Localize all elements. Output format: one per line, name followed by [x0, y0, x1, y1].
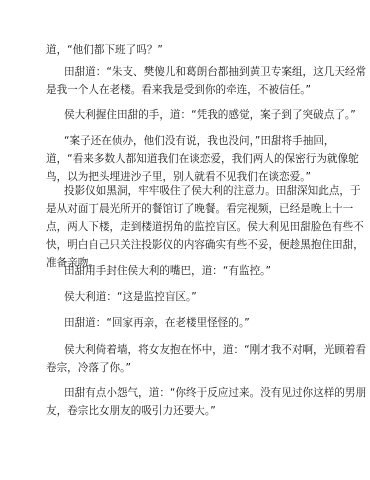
- text-line: 田甜有点小怨气，道：“你终于反应过来。没有见过你这样的男朋: [64, 386, 324, 400]
- document-page: 道，“他们都下班了吗？” 田甜道：“朱支、樊傻儿和葛朗台都抽到黄卫专案组，这几天…: [0, 0, 370, 480]
- text-line: 友，卷宗比女朋友的吸引力还要大。”: [46, 404, 324, 418]
- text-line: 快，明白自己只关注投影仪的内容确实有些不妥，便趁黑抱住田甜，: [46, 238, 324, 252]
- text-line: 是从对面丁晨光所开的餐馆订了晚餐。看完视频，已经是晚上十一: [46, 202, 324, 216]
- text-line: 是我一个人在老楼。看来我是受到你的牵连，不被信任。”: [46, 83, 324, 97]
- text-line: 投影仪如黑洞，牢牢吸住了侯大利的注意力。田甜深知此点，于: [64, 184, 324, 198]
- text-line: 鸟，以为把头埋进沙子里，别人就看不见我们在谈恋爱。”: [46, 170, 324, 184]
- text-line: 田甜道：“朱支、樊傻儿和葛朗台都抽到黄卫专案组，这几天经常: [64, 65, 324, 79]
- text-line: 道，“他们都下班了吗？”: [46, 43, 324, 57]
- text-line: 侯大利握住田甜的手，道：“凭我的感觉，案子到了突破点了。”: [64, 108, 324, 122]
- text-line: 卷宗，冷落了你。”: [46, 361, 324, 375]
- text-line: 侯大利倚着墙，将女友抱在怀中，道：“刚才我不对啊，光顾着看: [64, 343, 324, 357]
- text-line: 田甜用手封住侯大利的嘴巴，道：“有监控。”: [64, 264, 324, 278]
- text-line: 点，两人下楼，走到楼道拐角的监控盲区。侯大利见田甜脸色有些不: [46, 220, 324, 234]
- text-line: “案子还在侦办，他们没有说，我也没问，”田甜将手抽回，: [64, 134, 324, 148]
- text-line: 侯大利道：“这是监控盲区。”: [64, 290, 324, 304]
- text-line: 道，“看来多数人都知道我们在谈恋爱，我们两人的保密行为就像鸵: [46, 152, 324, 166]
- text-line: 田甜道：“回家再亲，在老楼里怪怪的。”: [64, 316, 324, 330]
